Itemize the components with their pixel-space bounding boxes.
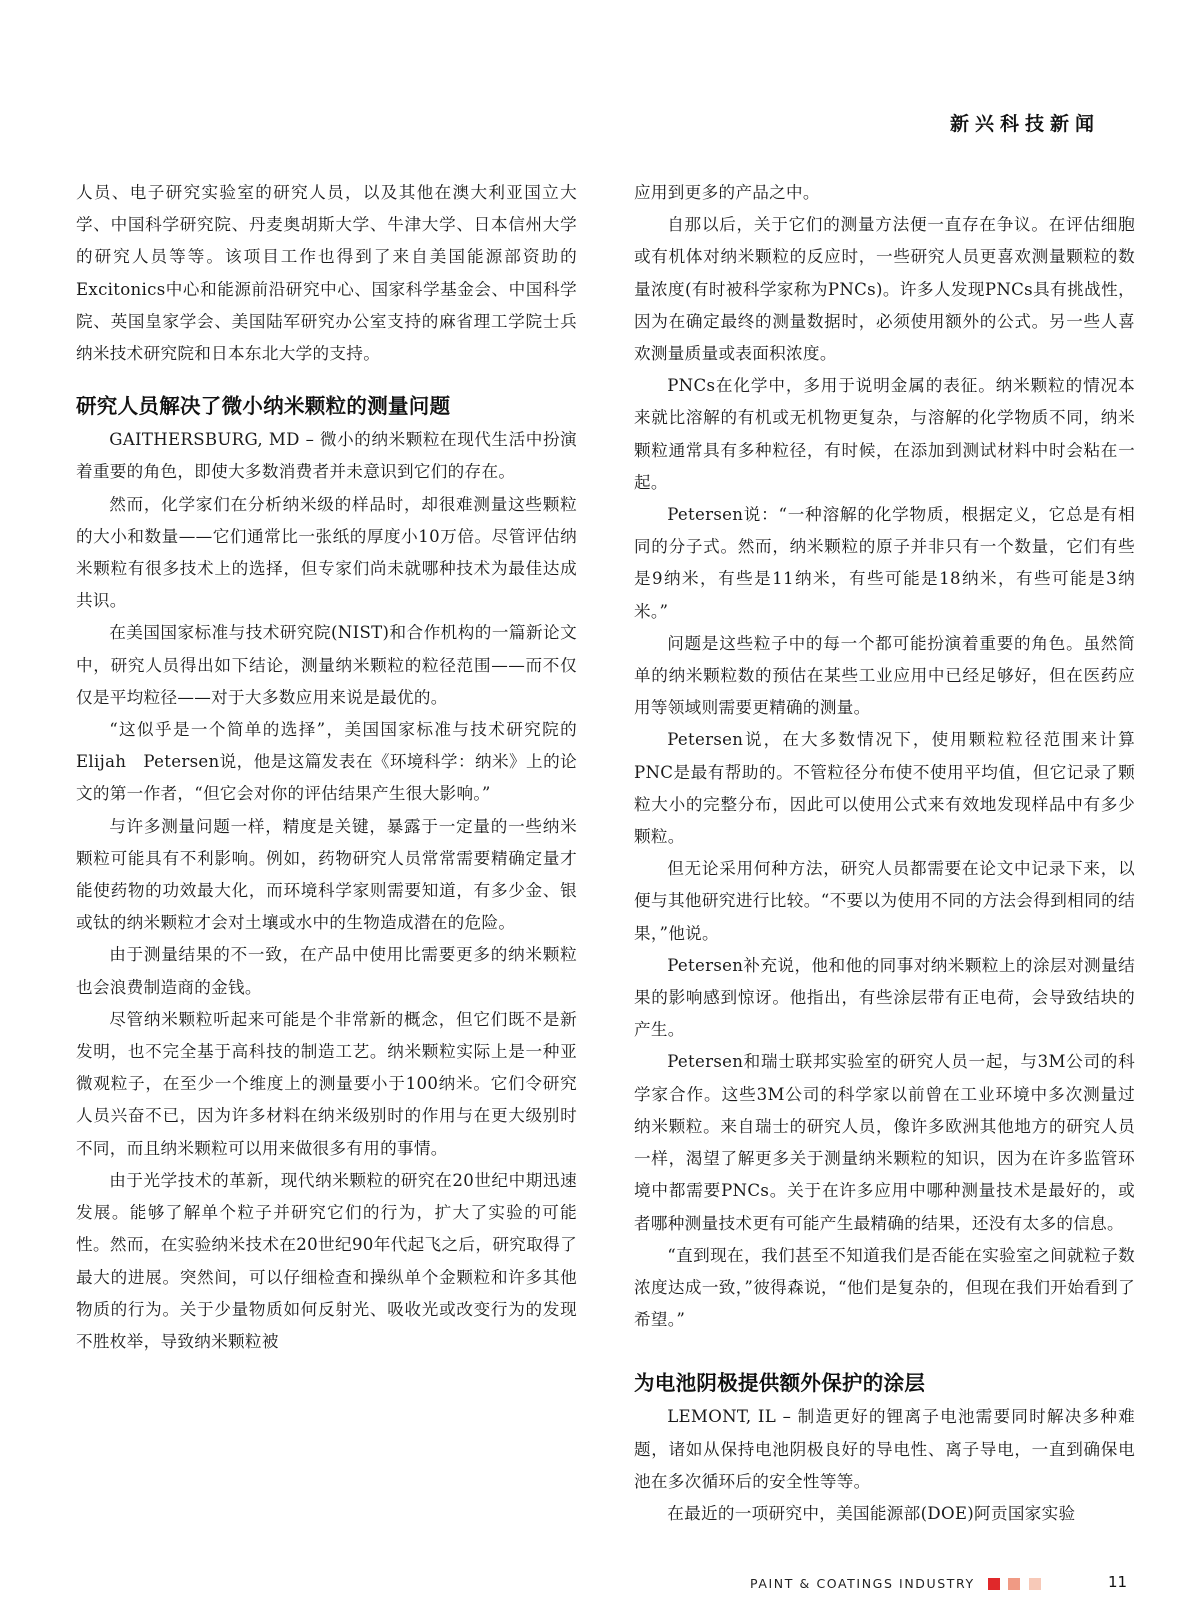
left-column: 人员、电子研究实验室的研究人员，以及其他在澳大利亚国立大学、中国科学研究院、丹麦… [76, 177, 577, 1358]
paragraph: 在最近的一项研究中，美国能源部(DOE)阿贡国家实验 [634, 1498, 1135, 1530]
article-title: 研究人员解决了微小纳米颗粒的测量问题 [76, 391, 577, 421]
page-number: 11 [1108, 1573, 1127, 1591]
paragraph: 由于测量结果的不一致，在产品中使用比需要更多的纳米颗粒也会浪费制造商的金钱。 [76, 939, 577, 1003]
paragraph: 由于光学技术的革新，现代纳米颗粒的研究在20世纪中期迅速发展。能够了解单个粒子并… [76, 1165, 577, 1358]
paragraph: PNCs在化学中，多用于说明金属的表征。纳米颗粒的情况本来就比溶解的有机或无机物… [634, 370, 1135, 499]
paragraph: Petersen补充说，他和他的同事对纳米颗粒上的涂层对测量结果的影响感到惊讶。… [634, 950, 1135, 1047]
decorative-square-icon [1008, 1578, 1020, 1590]
paragraph: 应用到更多的产品之中。 [634, 177, 1135, 209]
paragraph: 但无论采用何种方法，研究人员都需要在论文中记录下来，以便与其他研究进行比较。“不… [634, 853, 1135, 950]
paragraph: 与许多测量问题一样，精度是关键，暴露于一定量的一些纳米颗粒可能具有不利影响。例如… [76, 811, 577, 940]
article-title: 为电池阴极提供额外保护的涂层 [634, 1368, 1135, 1398]
paragraph: “这似乎是一个简单的选择”，美国国家标准与技术研究院的Elijah Peters… [76, 714, 577, 811]
paragraph: 自那以后，关于它们的测量方法便一直存在争议。在评估细胞或有机体对纳米颗粒的反应时… [634, 209, 1135, 370]
paragraph: LEMONT, IL – 制造更好的锂离子电池需要同时解决多种难题，诸如从保持电… [634, 1401, 1135, 1498]
paragraph: GAITHERSBURG, MD – 微小的纳米颗粒在现代生活中扮演着重要的角色… [76, 424, 577, 488]
paragraph: “直到现在，我们甚至不知道我们是否能在实验室之间就粒子数浓度达成一致，”彼得森说… [634, 1240, 1135, 1337]
intro-paragraph: 人员、电子研究实验室的研究人员，以及其他在澳大利亚国立大学、中国科学研究院、丹麦… [76, 177, 577, 370]
decorative-square-icon [988, 1578, 1000, 1590]
paragraph: 在美国国家标准与技术研究院(NIST)和合作机构的一篇新论文中，研究人员得出如下… [76, 617, 577, 714]
paragraph: Petersen说，在大多数情况下，使用颗粒粒径范围来计算PNC是最有帮助的。不… [634, 724, 1135, 853]
paragraph: 问题是这些粒子中的每一个都可能扮演着重要的角色。虽然简单的纳米颗粒数的预估在某些… [634, 628, 1135, 725]
paragraph: Petersen说：“一种溶解的化学物质，根据定义，它总是有相同的分子式。然而，… [634, 499, 1135, 628]
paragraph: 然而，化学家们在分析纳米级的样品时，却很难测量这些颗粒的大小和数量——它们通常比… [76, 489, 577, 618]
right-column: 应用到更多的产品之中。 自那以后，关于它们的测量方法便一直存在争议。在评估细胞或… [634, 177, 1135, 1530]
page-footer: PAINT & COATINGS INDUSTRY 11 [0, 1573, 1200, 1603]
publication-name: PAINT & COATINGS INDUSTRY [750, 1576, 975, 1591]
section-label: 新兴科技新闻 [950, 109, 1100, 136]
paragraph: 尽管纳米颗粒听起来可能是个非常新的概念，但它们既不是新发明，也不完全基于高科技的… [76, 1004, 577, 1165]
decorative-square-icon [1029, 1578, 1041, 1590]
paragraph: Petersen和瑞士联邦实验室的研究人员一起，与3M公司的科学家合作。这些3M… [634, 1046, 1135, 1239]
